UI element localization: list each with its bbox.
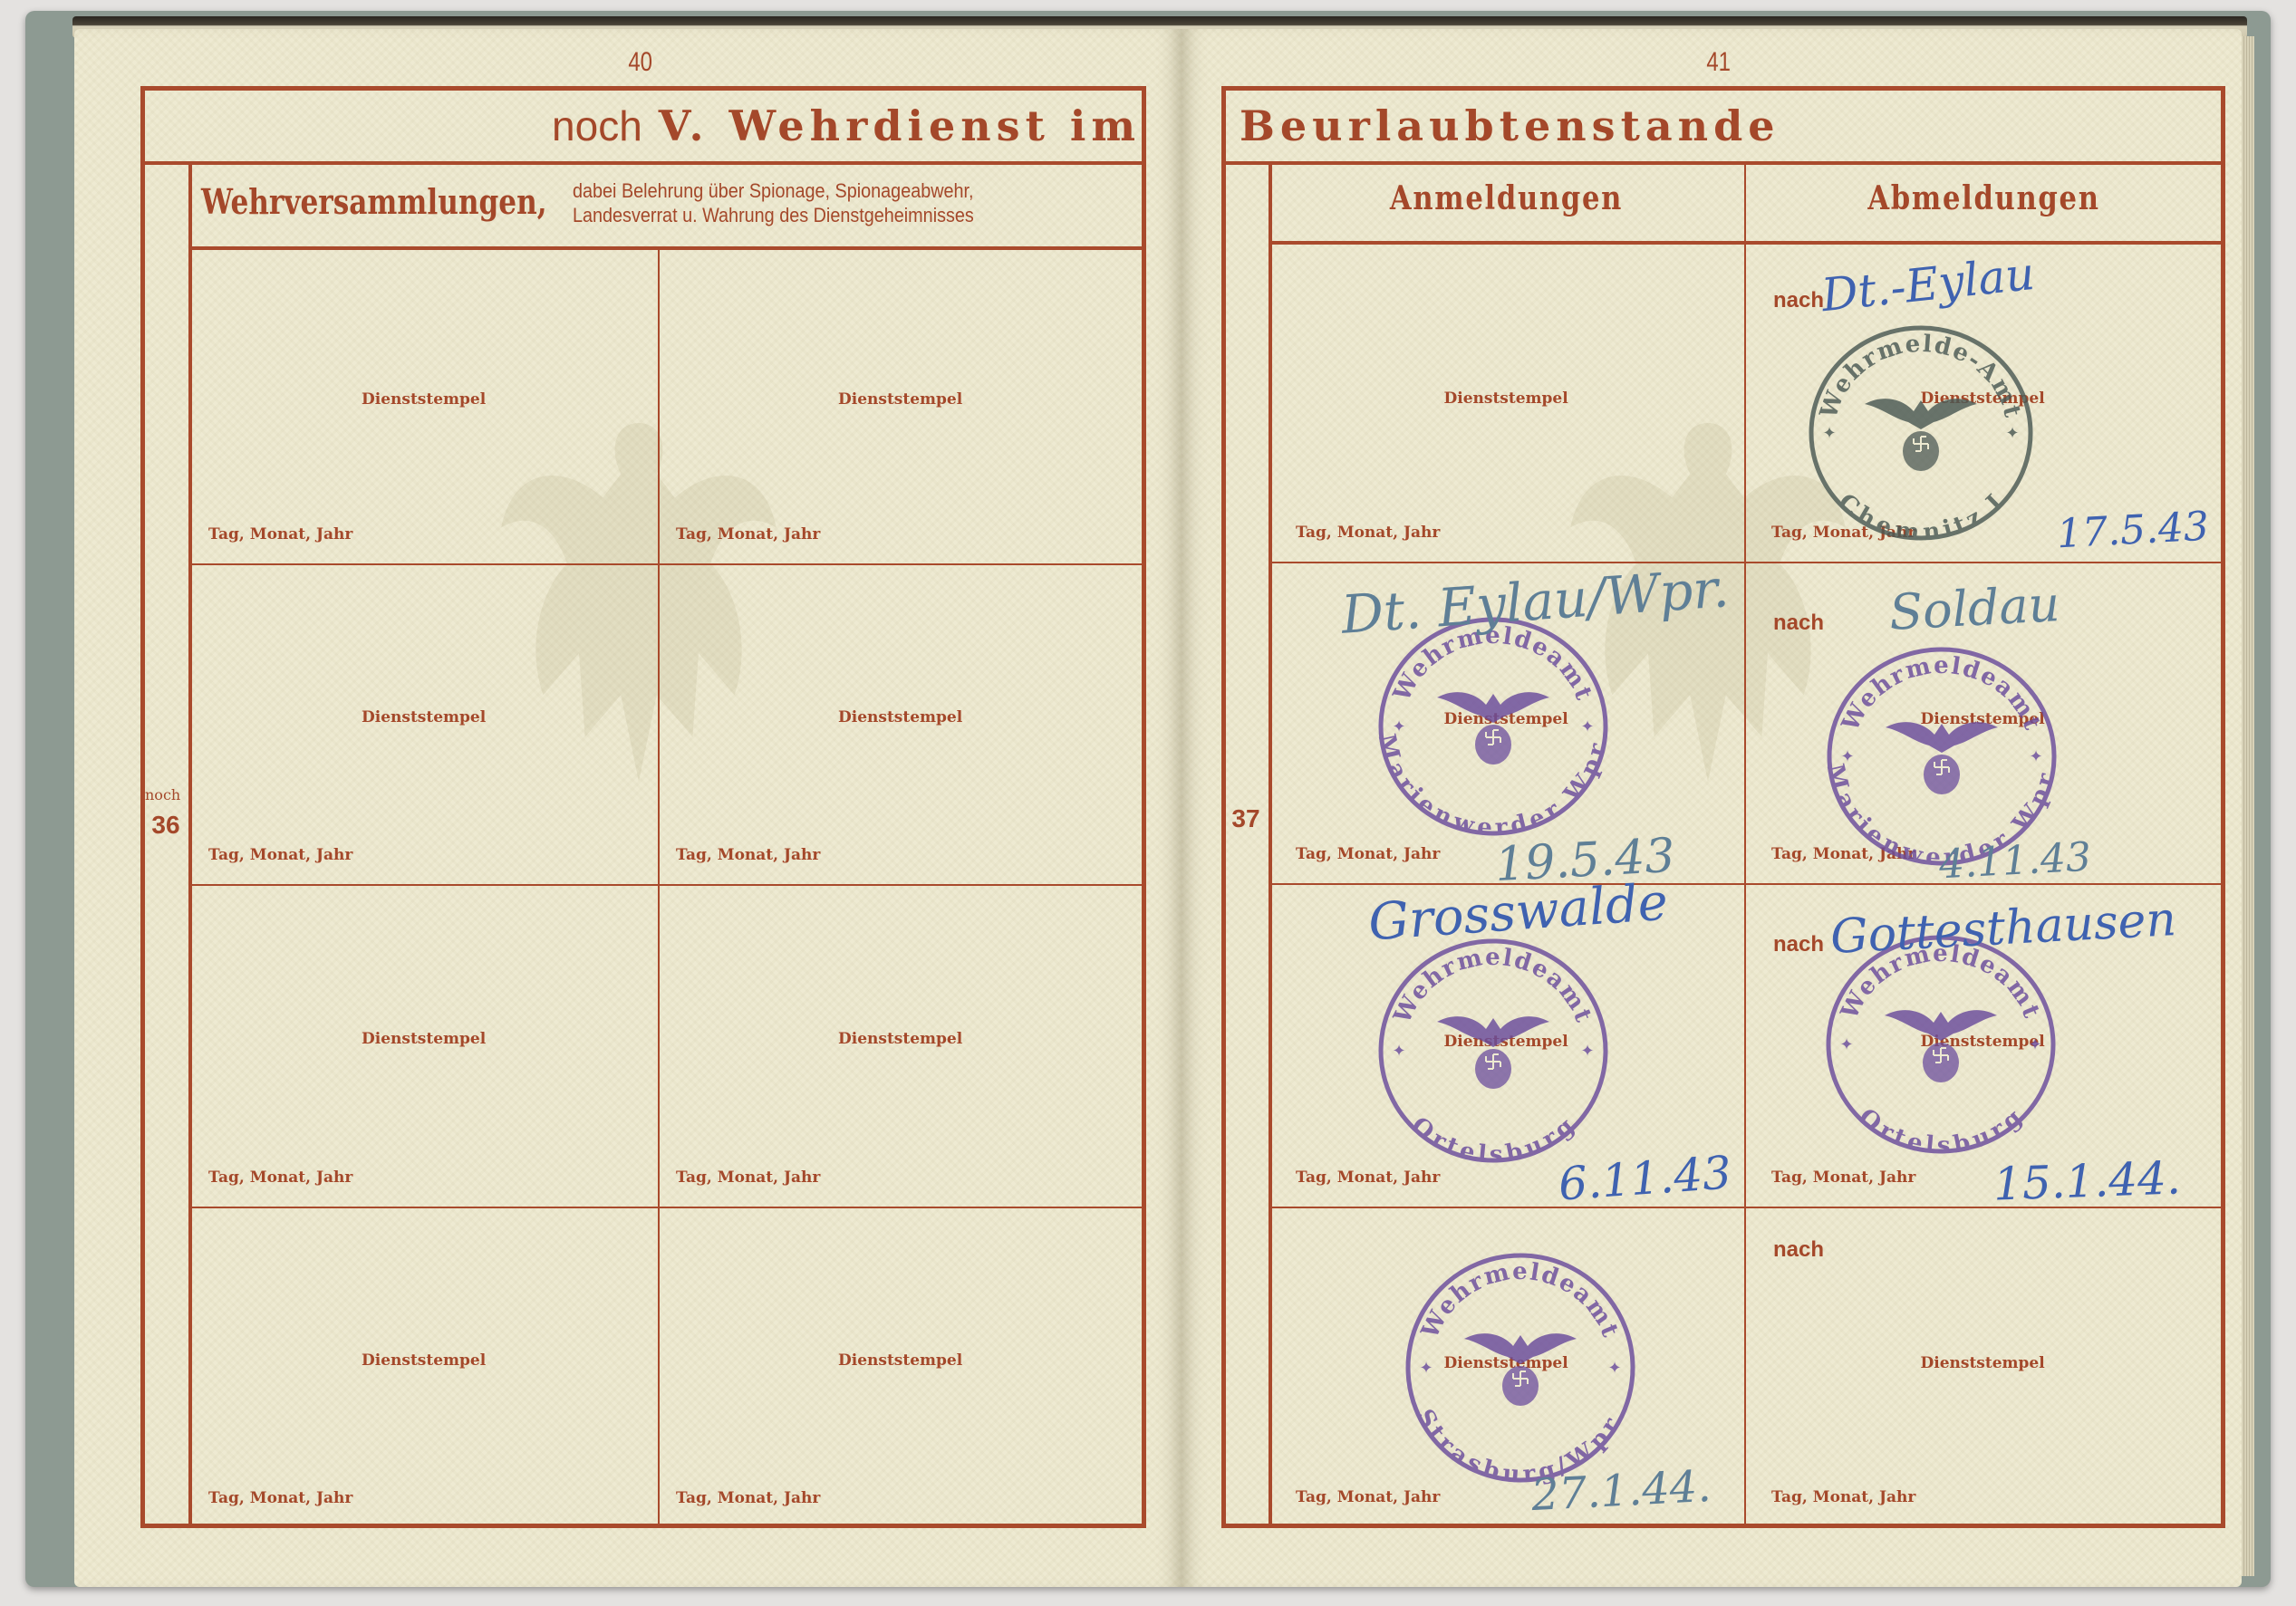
right-column-divider (1744, 163, 1746, 1526)
side-entry-number: 37 (1223, 804, 1269, 833)
eagle-emblem-icon (1437, 1016, 1549, 1089)
date-field-label: Tag, Monat, Jahr (1296, 524, 1440, 542)
office-stamp: WehrmeldeamtMarienwerder Wpr.✦✦ (1826, 646, 2058, 867)
eagle-emblem-icon (1865, 399, 1977, 471)
stamp-placeholder-label: Dienststempel (838, 1351, 962, 1370)
svg-text:✦: ✦ (1392, 1042, 1405, 1061)
page-number-left: 40 (628, 47, 652, 78)
stamp-bottom-text: Ortelsburg (1853, 1103, 2029, 1159)
eagle-emblem-icon (1886, 722, 1998, 794)
stamp-placeholder-label: Dienststempel (362, 1030, 486, 1048)
nach-label: nach (1773, 611, 1824, 636)
right-row-divider (1270, 562, 2222, 563)
stamp-placeholder-label: Dienststempel (362, 390, 486, 409)
office-stamp: Wehrmelde-AmtChemnitz I✦✦ (1808, 324, 2034, 542)
stamp-bottom-text: Ortelsburg (1405, 1112, 1581, 1169)
left-row-divider (190, 1207, 1143, 1208)
nach-label: nach (1773, 288, 1824, 313)
eagle-emblem-icon (1885, 1010, 1997, 1082)
date-field-label: Tag, Monat, Jahr (676, 846, 820, 864)
handwritten-date: 4.11.43 (1938, 834, 2092, 889)
stamp-placeholder-label: Dienststempel (838, 708, 962, 726)
nach-label: nach (1773, 1237, 1824, 1263)
stamp-top-text: Wehrmeldeamt (1416, 1258, 1625, 1343)
office-stamp: WehrmeldeamtOrtelsburg✦✦ (1825, 934, 2057, 1155)
svg-text:✦: ✦ (1392, 717, 1405, 736)
right-form-frame (1221, 86, 2225, 1528)
svg-text:✦: ✦ (1580, 717, 1594, 736)
section-description-line1: dabei Belehrung über Spionage, Spionagea… (573, 179, 974, 203)
title-text: V. Wehrdienst im (659, 101, 1141, 150)
stamp-top-text: Wehrmeldeamt (1388, 944, 1597, 1028)
office-stamp: WehrmeldeamtOrtelsburg✦✦ (1377, 938, 1609, 1164)
handwritten-date: 15.1.44. (1992, 1151, 2182, 1210)
date-field-label: Tag, Monat, Jahr (1296, 1488, 1440, 1506)
stamp-placeholder-label: Dienststempel (1444, 389, 1568, 408)
svg-text:✦: ✦ (1840, 747, 1854, 766)
nach-label: nach (1773, 932, 1824, 957)
svg-text:✦: ✦ (2029, 747, 2042, 766)
date-field-label: Tag, Monat, Jahr (676, 1489, 820, 1507)
date-field-label: Tag, Monat, Jahr (208, 1489, 352, 1507)
svg-text:✦: ✦ (2028, 1035, 2041, 1054)
date-field-label: Tag, Monat, Jahr (208, 525, 352, 543)
right-title-divider (1221, 161, 2225, 165)
stamp-placeholder-label: Dienststempel (362, 1351, 486, 1370)
handwritten-date: 27.1.44. (1530, 1461, 1712, 1521)
handwritten-date: 17.5.43 (2056, 504, 2210, 558)
svg-text:✦: ✦ (1839, 1035, 1853, 1054)
stamp-top-text: Wehrmeldeamt (1837, 652, 2047, 736)
date-field-label: Tag, Monat, Jahr (676, 1168, 820, 1187)
svg-text:✦: ✦ (1607, 1359, 1621, 1378)
stamp-placeholder-label: Dienststempel (838, 1030, 962, 1048)
svg-text:✦: ✦ (1822, 424, 1836, 443)
stamp-placeholder-label: Dienststempel (838, 390, 962, 409)
date-field-label: Tag, Monat, Jahr (208, 1168, 352, 1187)
title-prefix: noch (552, 102, 642, 149)
svg-text:✦: ✦ (1580, 1042, 1594, 1061)
section-description-line2: Landesverrat u. Wahrung des Dienstgeheim… (573, 204, 974, 227)
eagle-emblem-icon (1464, 1333, 1577, 1406)
left-page-title: nochV. Wehrdienst im (552, 101, 1141, 150)
column-header-anmeldungen: Anmeldungen (1304, 179, 1708, 217)
right-header-divider (1269, 241, 2225, 245)
office-stamp: WehrmeldeamtMarienwerder Wpr.✦✦ (1377, 616, 1609, 837)
left-title-divider (140, 161, 1146, 165)
left-column-divider (658, 248, 660, 1526)
right-row-divider (1270, 883, 2222, 885)
date-field-label: Tag, Monat, Jahr (676, 525, 820, 543)
stamp-placeholder-label: Dienststempel (362, 708, 486, 726)
page-fore-edge (2242, 36, 2254, 1576)
date-field-label: Tag, Monat, Jahr (1771, 1488, 1915, 1506)
date-field-label: Tag, Monat, Jahr (1771, 1168, 1915, 1187)
handwritten-place: Soldau (1887, 575, 2060, 641)
page-number-right: 41 (1706, 47, 1731, 78)
date-field-label: Tag, Monat, Jahr (1296, 845, 1440, 863)
svg-text:✦: ✦ (2005, 424, 2019, 443)
section-heading: Wehrversammlungen, (201, 181, 547, 222)
left-subheader-divider (188, 246, 1146, 250)
left-side-column-divider (188, 163, 192, 1526)
date-field-label: Tag, Monat, Jahr (1296, 1168, 1440, 1187)
right-side-column-divider (1269, 163, 1272, 1526)
left-row-divider (190, 884, 1143, 886)
svg-text:✦: ✦ (1419, 1359, 1433, 1378)
eagle-emblem-icon (1437, 692, 1549, 765)
office-stamp: WehrmeldeamtStrasburg/Wpr.✦✦ (1404, 1252, 1636, 1484)
date-field-label: Tag, Monat, Jahr (208, 846, 352, 864)
left-row-divider (190, 563, 1143, 565)
side-entry-number: 36 (143, 811, 188, 840)
right-page-title: Beurlaubtenstande (1240, 101, 1780, 150)
stamp-placeholder-label: Dienststempel (1921, 1354, 2045, 1372)
left-form-frame (140, 86, 1146, 1528)
side-label-prefix: noch (145, 786, 180, 803)
column-header-abmeldungen: Abmeldungen (1781, 179, 2185, 217)
